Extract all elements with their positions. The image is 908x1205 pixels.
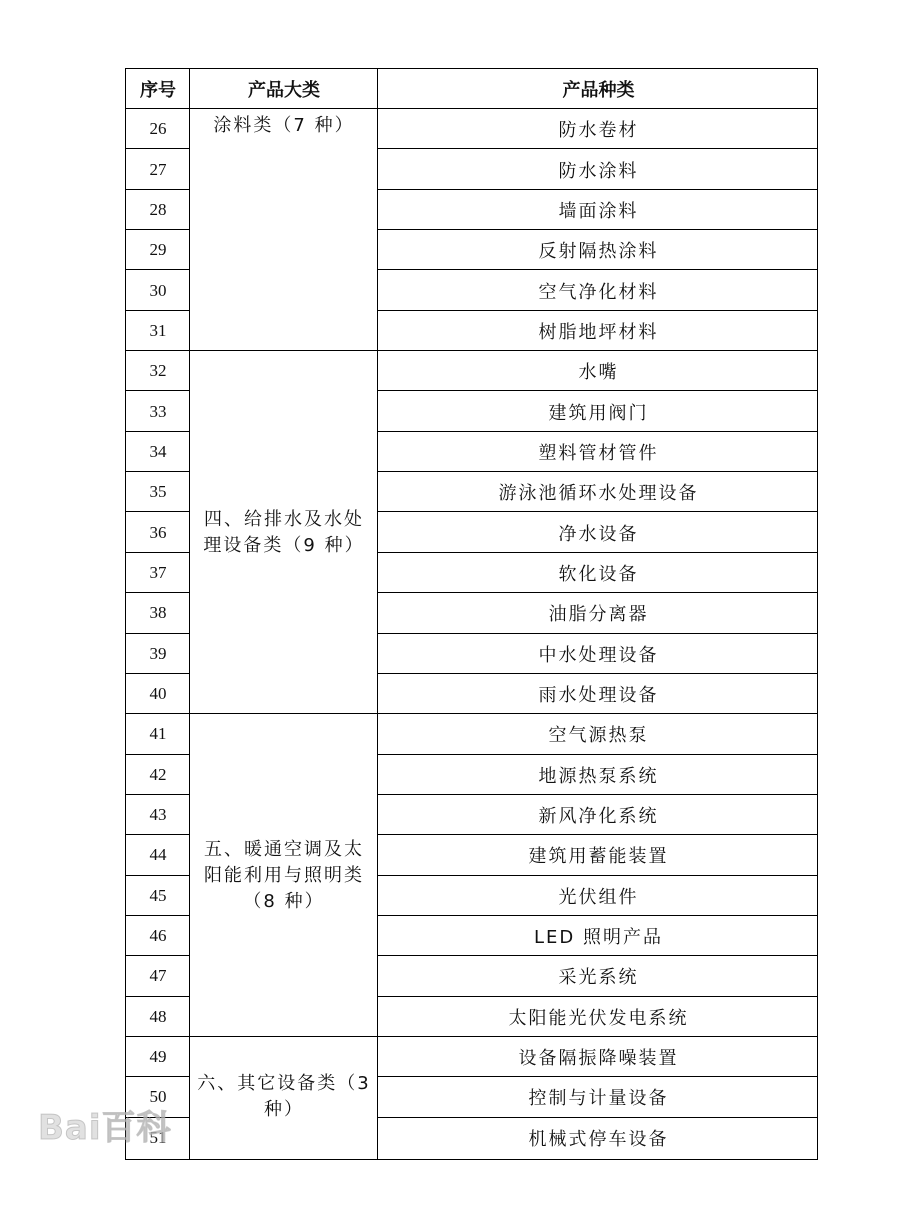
product-kind-cell: 空气净化材料 (378, 270, 819, 310)
product-kind-cell: 机械式停车设备 (378, 1118, 819, 1158)
row-number: 46 (126, 916, 190, 956)
row-divider (377, 148, 817, 149)
row-divider (126, 673, 190, 674)
row-number: 49 (126, 1037, 190, 1077)
row-divider (126, 754, 190, 755)
row-number: 41 (126, 714, 190, 754)
header-kind: 产品种类 (378, 69, 819, 109)
row-divider (377, 633, 817, 634)
product-kind-cell: 油脂分离器 (378, 593, 819, 633)
row-divider (377, 794, 817, 795)
row-divider (126, 633, 190, 634)
row-divider (126, 996, 190, 997)
product-kind-cell: 采光系统 (378, 956, 819, 996)
row-number: 38 (126, 593, 190, 633)
row-number: 36 (126, 512, 190, 552)
product-kind-cell: LED 照明产品 (378, 916, 819, 956)
row-divider (126, 511, 190, 512)
product-kind-cell: 净水设备 (378, 512, 819, 552)
row-divider (126, 471, 190, 472)
row-divider (126, 390, 190, 391)
row-divider (377, 310, 817, 311)
row-divider (126, 1076, 190, 1077)
row-divider (377, 431, 817, 432)
product-kind-cell: 软化设备 (378, 553, 819, 593)
row-number: 26 (126, 109, 190, 149)
product-kind-cell: 设备隔振降噪装置 (378, 1037, 819, 1077)
row-divider (377, 915, 817, 916)
header-category: 产品大类 (190, 69, 378, 109)
row-number: 39 (126, 634, 190, 674)
row-number: 32 (126, 351, 190, 391)
row-divider (126, 875, 190, 876)
row-divider (126, 794, 190, 795)
row-divider (377, 229, 817, 230)
row-number: 27 (126, 149, 190, 189)
row-number: 48 (126, 997, 190, 1037)
row-number: 29 (126, 230, 190, 270)
row-divider (377, 996, 817, 997)
product-kind-cell: 太阳能光伏发电系统 (378, 997, 819, 1037)
row-divider (377, 1117, 817, 1118)
row-divider (377, 592, 817, 593)
baidu-watermark: Bai百科 (38, 1100, 172, 1149)
row-number: 30 (126, 270, 190, 310)
product-kind-cell: 中水处理设备 (378, 634, 819, 674)
product-kind-cell: 防水卷材 (378, 109, 819, 149)
row-divider (126, 713, 190, 714)
row-number: 28 (126, 190, 190, 230)
row-divider (126, 592, 190, 593)
product-kind-cell: 防水涂料 (378, 149, 819, 189)
row-divider (377, 269, 817, 270)
row-number: 31 (126, 311, 190, 351)
product-kind-cell: 树脂地坪材料 (378, 311, 819, 351)
row-number: 40 (126, 674, 190, 714)
product-kind-cell: 地源热泵系统 (378, 755, 819, 795)
row-divider (377, 754, 817, 755)
row-number: 37 (126, 553, 190, 593)
product-kind-cell: 新风净化系统 (378, 795, 819, 835)
row-divider (377, 552, 817, 553)
row-divider (377, 189, 817, 190)
row-divider (126, 552, 190, 553)
product-kind-cell: 水嘴 (378, 351, 819, 391)
row-divider (126, 148, 190, 149)
row-divider (377, 471, 817, 472)
product-table: 序号 产品大类 产品种类 26防水卷材27防水涂料28墙面涂料29反射隔热涂料3… (125, 68, 818, 1160)
row-divider (126, 350, 190, 351)
row-number: 47 (126, 956, 190, 996)
row-divider (126, 915, 190, 916)
product-kind-cell: 游泳池循环水处理设备 (378, 472, 819, 512)
row-divider (126, 955, 190, 956)
category-cell: 六、其它设备类（3 种） (190, 1037, 378, 1158)
row-divider (377, 350, 817, 351)
product-kind-cell: 光伏组件 (378, 876, 819, 916)
product-kind-cell: 反射隔热涂料 (378, 230, 819, 270)
product-kind-cell: 建筑用阀门 (378, 391, 819, 431)
row-divider (377, 713, 817, 714)
row-divider (377, 390, 817, 391)
row-divider (377, 834, 817, 835)
row-number: 45 (126, 876, 190, 916)
row-divider (377, 955, 817, 956)
category-cell: 四、给排水及水处理设备类（9 种） (190, 351, 378, 714)
row-divider (377, 673, 817, 674)
product-kind-cell: 控制与计量设备 (378, 1077, 819, 1117)
row-divider (126, 1036, 190, 1037)
product-kind-cell: 空气源热泵 (378, 714, 819, 754)
row-divider (126, 229, 190, 230)
row-number: 33 (126, 391, 190, 431)
category-cell: 涂料类（7 种） (190, 109, 378, 351)
row-divider (126, 431, 190, 432)
category-divider (190, 350, 378, 351)
row-divider (126, 310, 190, 311)
category-cell: 五、暖通空调及太阳能利用与照明类（8 种） (190, 714, 378, 1037)
row-number: 34 (126, 432, 190, 472)
product-kind-cell: 建筑用蓄能装置 (378, 835, 819, 875)
row-divider (377, 875, 817, 876)
row-number: 35 (126, 472, 190, 512)
header-seq: 序号 (126, 69, 190, 109)
row-divider (126, 834, 190, 835)
row-divider (126, 189, 190, 190)
category-divider (190, 1036, 378, 1037)
row-divider (126, 269, 190, 270)
row-divider (377, 511, 817, 512)
category-divider (190, 713, 378, 714)
row-number: 44 (126, 835, 190, 875)
row-number: 43 (126, 795, 190, 835)
row-divider (377, 1076, 817, 1077)
row-divider (377, 1036, 817, 1037)
product-kind-cell: 雨水处理设备 (378, 674, 819, 714)
row-number: 42 (126, 755, 190, 795)
product-kind-cell: 墙面涂料 (378, 190, 819, 230)
product-kind-cell: 塑料管材管件 (378, 432, 819, 472)
